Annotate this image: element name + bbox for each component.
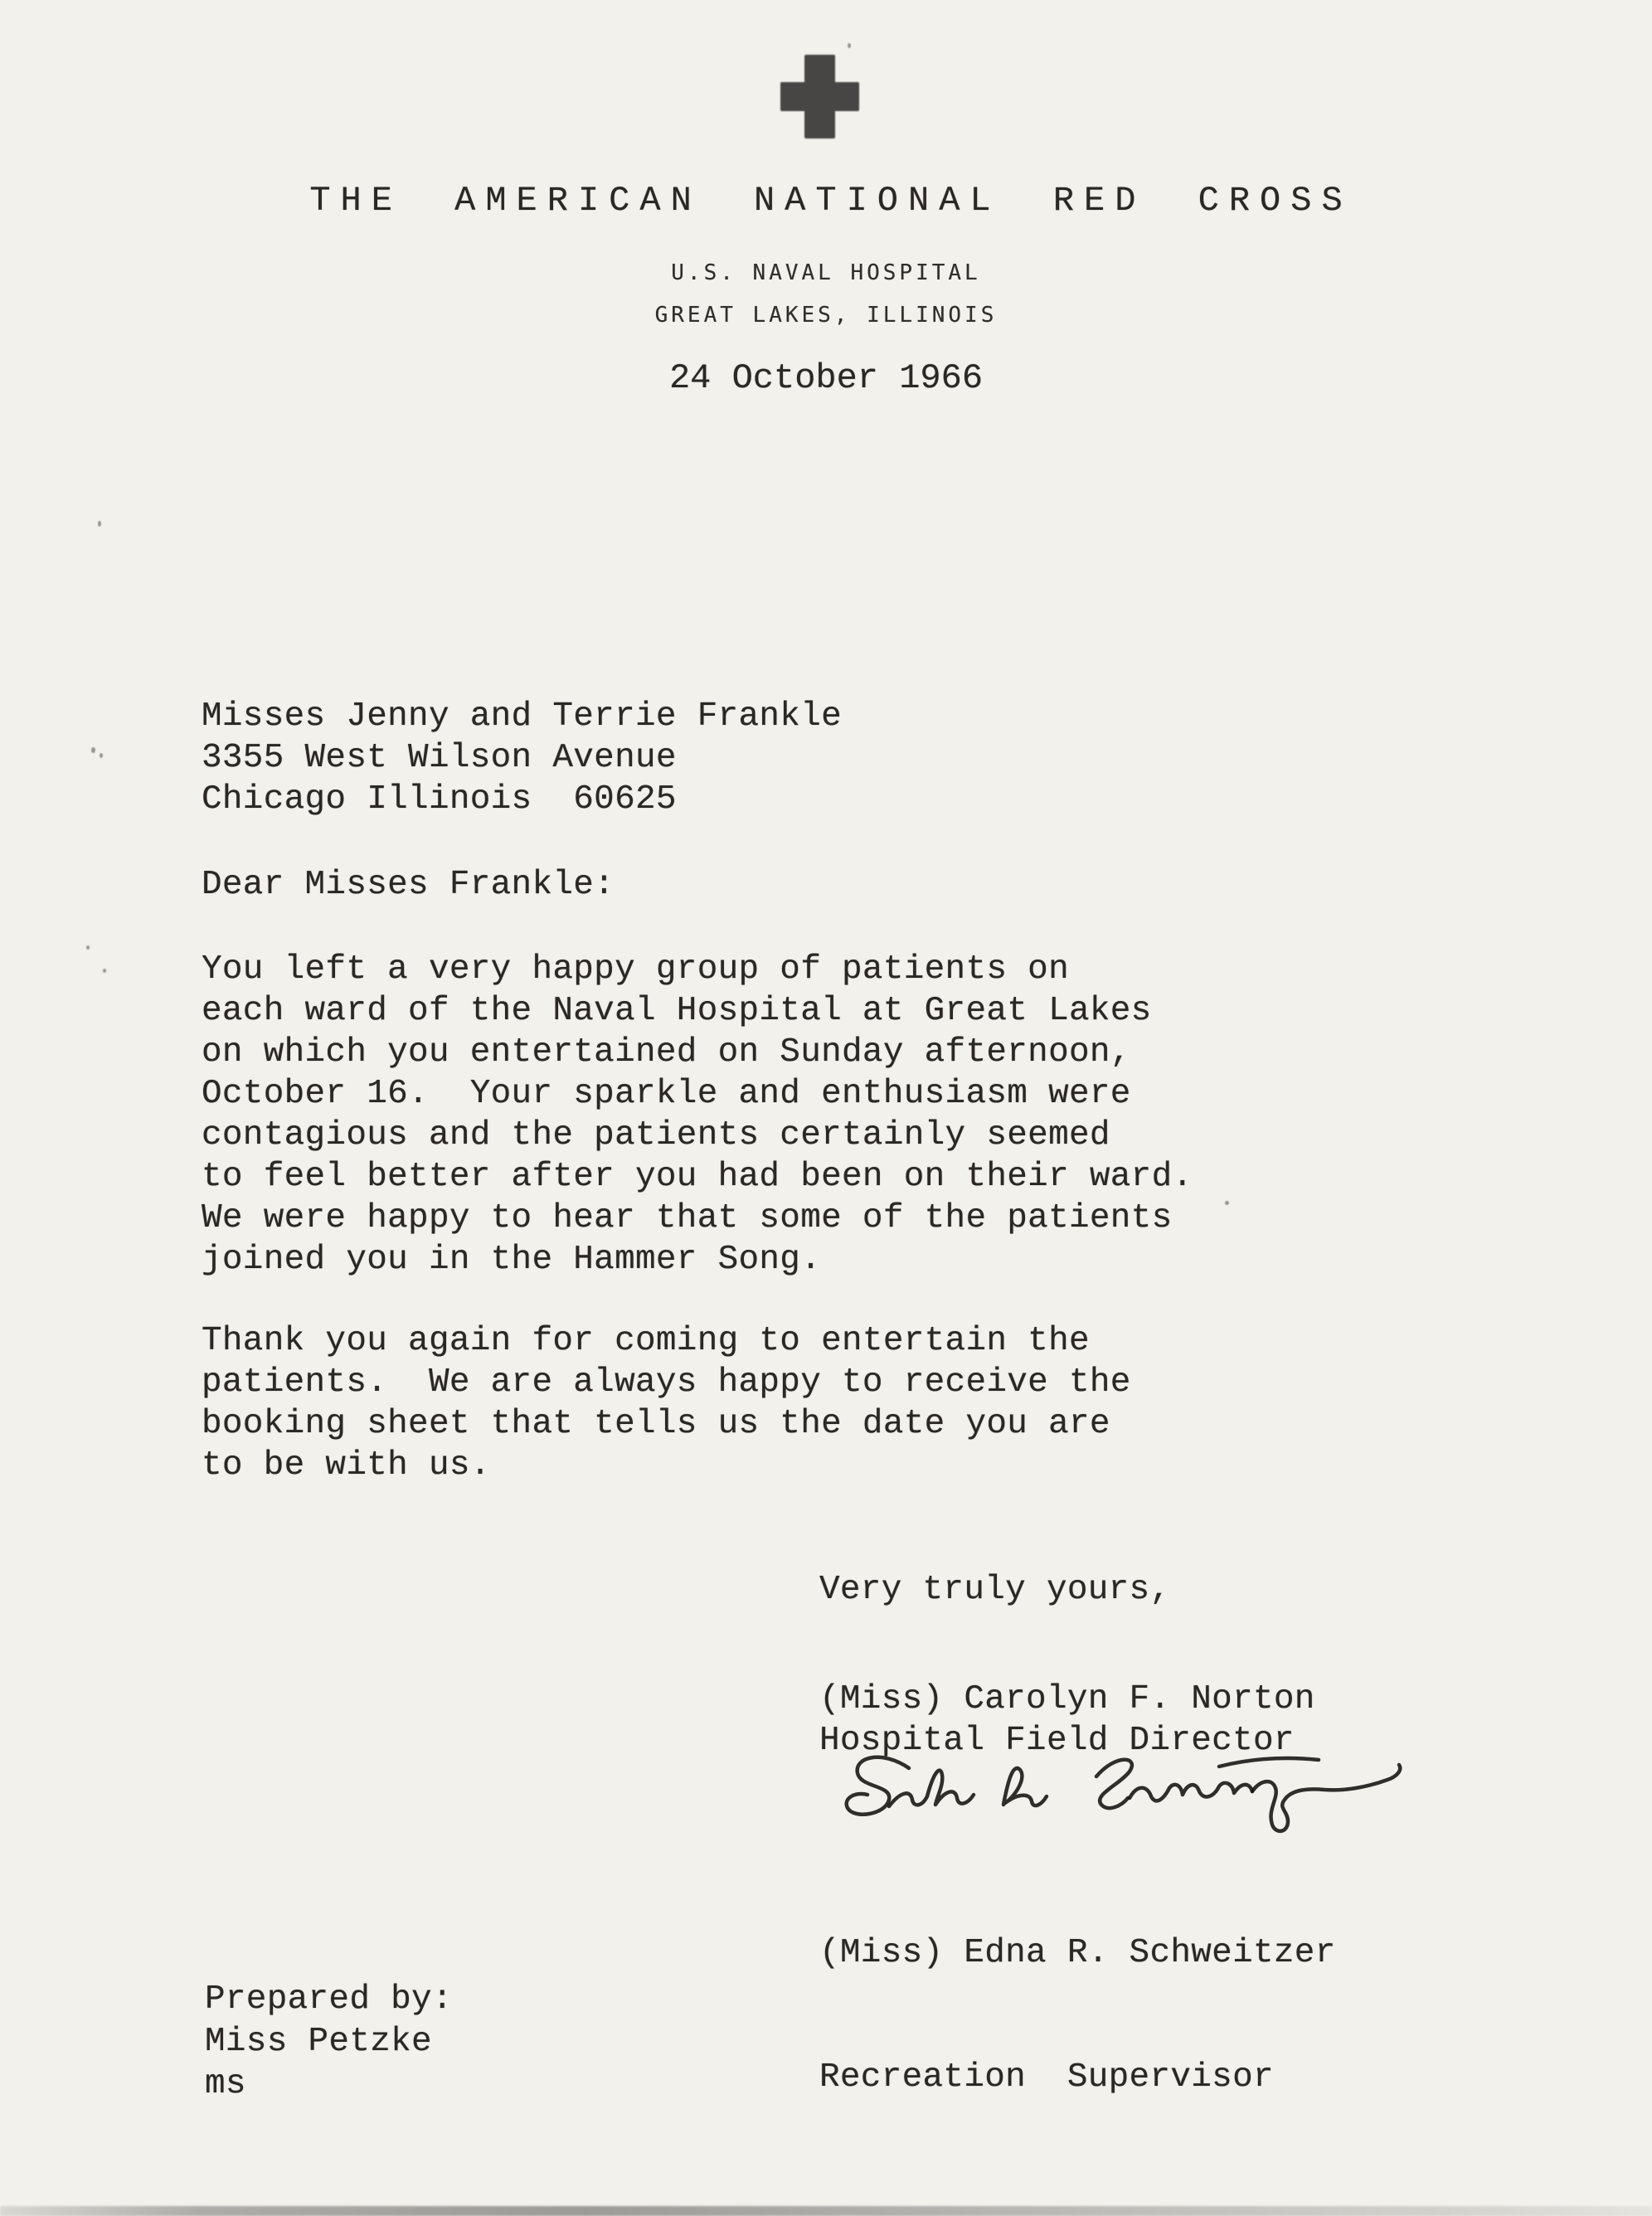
letterhead-facility-line: U.S. NAVAL HOSPITAL <box>0 260 1652 285</box>
valediction: Very truly yours, <box>819 1569 1170 1611</box>
typist-initials: ms <box>205 2063 453 2106</box>
scan-speck <box>848 43 851 48</box>
salutation: Dear Misses Frankle: <box>202 864 615 906</box>
red-cross-icon <box>780 55 859 138</box>
body-paragraph-1: You left a very happy group of patients … <box>202 949 1193 1281</box>
red-cross-horizontal-bar <box>780 82 859 111</box>
scan-bottom-edge <box>0 2206 1652 2216</box>
signer-block: (Miss) Edna R. Schweitzer Recreation Sup… <box>819 1849 1336 2181</box>
body-paragraph-2: Thank you again for coming to entertain … <box>202 1320 1131 1486</box>
letter-page: THE AMERICAN NATIONAL RED CROSS U.S. NAV… <box>0 0 1652 2216</box>
scan-speck <box>86 945 90 950</box>
writer-name: (Miss) Carolyn F. Norton <box>819 1679 1315 1720</box>
letter-date: 24 October 1966 <box>0 357 1652 400</box>
scan-speck <box>91 747 95 753</box>
preparer-name: Miss Petzke <box>205 2021 453 2063</box>
prepared-by-label: Prepared by: <box>205 1979 453 2021</box>
scan-speck <box>1225 1201 1229 1205</box>
signer-name: (Miss) Edna R. Schweitzer <box>819 1932 1336 1974</box>
organization-name: THE AMERICAN NATIONAL RED CROSS <box>0 179 1652 222</box>
letterhead-location-line: GREAT LAKES, ILLINOIS <box>0 303 1652 328</box>
recipient-address: Misses Jenny and Terrie Frankle 3355 Wes… <box>202 696 842 820</box>
scan-speck <box>98 521 101 527</box>
scan-speck <box>100 753 103 758</box>
signer-title: Recreation Supervisor <box>819 2057 1336 2098</box>
scan-speck <box>103 969 106 973</box>
preparation-block: Prepared by: Miss Petzke ms <box>205 1979 453 2106</box>
